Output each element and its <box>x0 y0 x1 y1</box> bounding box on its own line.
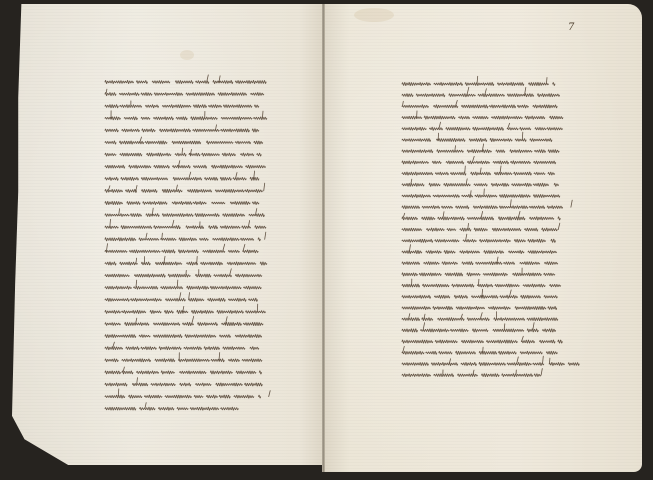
handwriting-line <box>105 244 258 253</box>
handwriting-line <box>105 389 270 398</box>
handwriting-line <box>105 269 262 277</box>
handwriting-line <box>105 353 262 362</box>
handwriting-line <box>105 256 267 265</box>
book-gutter <box>322 4 325 472</box>
handwriting-line <box>105 111 267 120</box>
handwriting-line <box>402 257 558 265</box>
handwriting-line <box>105 137 263 144</box>
handwriting-line <box>402 100 557 108</box>
handwriting-line <box>105 293 257 302</box>
handwriting-line <box>402 179 559 187</box>
handwriting-line <box>402 132 552 142</box>
handwriting-line <box>105 304 265 313</box>
handwriting-line <box>105 148 261 156</box>
handwriting-line <box>105 125 259 132</box>
handwriting-line <box>402 156 556 164</box>
handwriting-line <box>402 323 556 332</box>
handwriting-line <box>105 161 266 169</box>
handwriting-line <box>105 316 263 325</box>
handwriting-line <box>105 219 266 228</box>
handwriting-line <box>402 122 562 130</box>
folio-number: 7 <box>568 22 574 33</box>
handwriting-line <box>402 245 557 254</box>
handwriting-line <box>402 356 579 366</box>
handwriting-line <box>105 280 261 289</box>
handwriting-line <box>105 201 259 204</box>
handwriting-line <box>105 342 259 350</box>
handwriting-line <box>402 111 563 119</box>
handwriting-line <box>105 208 264 217</box>
handwriting-line <box>105 378 262 386</box>
paper-stain <box>180 50 194 60</box>
handwriting-line <box>105 75 266 84</box>
handwriting-line <box>402 200 572 209</box>
handwriting-line <box>105 367 262 374</box>
handwriting-line <box>105 171 259 180</box>
handwriting-line <box>105 403 238 411</box>
handwriting-line <box>402 189 560 198</box>
handwriting-line <box>105 232 266 241</box>
handwriting-line <box>402 279 561 287</box>
handwriting-line <box>402 144 559 153</box>
handwriting-line <box>402 369 542 377</box>
handwriting-line <box>402 211 560 220</box>
handwriting-line <box>402 289 557 298</box>
handwriting-line <box>402 223 560 231</box>
paper-stain <box>354 8 394 22</box>
handwriting-line <box>402 336 562 343</box>
handwriting-line <box>402 87 560 97</box>
handwriting-line <box>402 166 555 175</box>
handwriting-line <box>402 306 557 309</box>
handwriting-line <box>105 101 259 108</box>
manuscript-photo: 7 <box>0 0 653 480</box>
handwriting-line <box>105 89 264 96</box>
handwriting-line <box>105 335 262 338</box>
handwriting-line <box>402 234 555 242</box>
handwriting-line <box>105 183 265 192</box>
handwriting-line <box>402 346 557 354</box>
handwriting-line <box>402 76 555 85</box>
handwriting-line <box>402 312 558 321</box>
handwriting-line <box>402 268 555 276</box>
